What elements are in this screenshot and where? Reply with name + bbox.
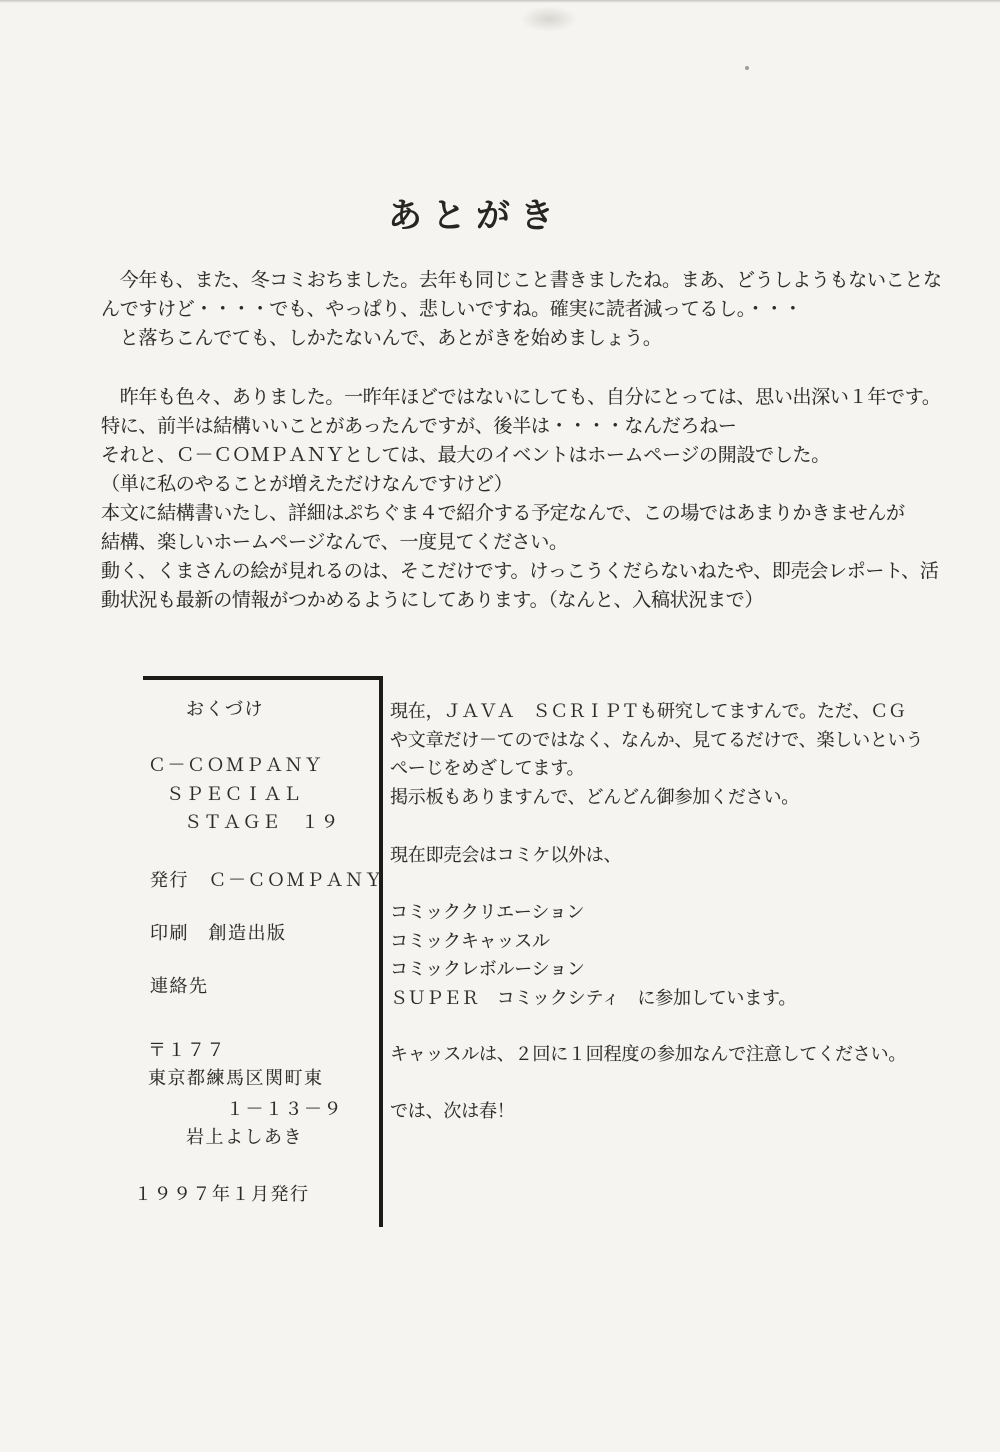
body-line: 結構、楽しいホームページなんで、一度見てください。 [101, 528, 977, 557]
address-line1: 東京都練馬区関町東 [148, 1066, 324, 1090]
colophon-border-top [143, 676, 383, 680]
castle-note: キャッスルは、２回に１回程度の参加なんで注意してください。 [390, 1040, 985, 1069]
note-line: や文章だけ－てのではなく、なんか、見てるだけで、楽しいという [390, 726, 985, 755]
series-title-line2: ＳＰＥＣＩＡＬ [166, 782, 303, 806]
note-line: では、次は春！ [390, 1097, 985, 1126]
body-line: 動く、くまさんの絵が見れるのは、そこだけです。けっこうくだらないねたや、即売会レ… [101, 557, 977, 586]
body-line: それと、Ｃ－ＣＯＭＰＡＮＹとしては、最大のイベントはホームページの開設でした。 [101, 441, 977, 470]
event-line: コミックキャッスル [390, 927, 985, 956]
colophon-divider [379, 676, 383, 1227]
note-line: 現在即売会はコミケ以外は、 [390, 841, 985, 870]
body-line: 今年も、また、冬コミおちました。去年も同じこと書きましたね。まあ、どうしようもな… [101, 266, 977, 295]
note-line: キャッスルは、２回に１回程度の参加なんで注意してください。 [390, 1040, 985, 1069]
body-line: 動状況も最新の情報がつかめるようにしてあります。（なんと、入稿状況まで） [101, 586, 977, 615]
body-line: 特に、前半は結構いいことがあったんですが、後半は・・・・なんだろねー [101, 412, 977, 441]
address-line2: １－１３－９ [226, 1097, 343, 1121]
note-line: ぺーじをめざしてます。 [390, 754, 985, 783]
publication-date: １９９７年１月発行 [134, 1182, 310, 1206]
series-title-line3: ＳＴＡＧＥ １９ [184, 810, 340, 834]
closing-line: では、次は春！ [390, 1097, 985, 1126]
body-line: んですけど・・・・でも、やっぱり、悲しいですね。確実に読者減ってるし。・・・ [101, 295, 977, 324]
contact-label: 連絡先 [150, 974, 209, 998]
scan-edge-artifact [0, 0, 1000, 3]
page-title: あとがき [388, 188, 564, 237]
body-line: （単に私のやることが増えただけなんですけど） [101, 470, 977, 499]
colophon-note-paragraph-2: 現在即売会はコミケ以外は、 [390, 841, 985, 870]
event-line: コミックレボルーション [390, 955, 985, 984]
body-line: 昨年も色々、ありました。一昨年ほどではないにしても、自分にとっては、思い出深い１… [101, 383, 977, 412]
event-line: コミッククリエーション [390, 898, 985, 927]
postal-code: 〒１７７ [148, 1038, 226, 1062]
event-line: ＳＵＰＥＲ コミックシティ に参加しています。 [390, 984, 985, 1013]
series-title-line1: Ｃ－ＣＯＭＰＡＮＹ [148, 753, 324, 777]
event-list: コミッククリエーション コミックキャッスル コミックレボルーション ＳＵＰＥＲ … [390, 898, 985, 1012]
note-line: 掲示板もありますんで、どんどん御参加ください。 [390, 783, 985, 812]
paragraph-2: 昨年も色々、ありました。一昨年ほどではないにしても、自分にとっては、思い出深い１… [101, 383, 977, 615]
body-line: 本文に結構書いたし、詳細はぷちぐま４で紹介する予定なんで、この場ではあまりかきま… [101, 499, 977, 528]
okuzuke-heading: おくづけ [186, 697, 264, 721]
afterword-body: 今年も、また、冬コミおちました。去年も同じこと書きましたね。まあ、どうしようもな… [101, 266, 977, 615]
body-line: と落ちこんでても、しかたないんで、あとがきを始めましょう。 [101, 324, 977, 353]
paragraph-1: 今年も、また、冬コミおちました。去年も同じこと書きましたね。まあ、どうしようもな… [101, 266, 977, 353]
note-line: 現在，ＪＡＶＡ ＳＣＲＩＰＴも研究してますんで。ただ、ＣＧ [390, 697, 985, 726]
publisher-line: 発行 Ｃ－ＣＯＭＰＡＮＹ [150, 868, 384, 892]
scan-smudge-artifact [520, 6, 578, 32]
printer-line: 印刷 創造出版 [150, 921, 287, 945]
scan-speck-artifact [745, 66, 749, 70]
colophon-note-paragraph-1: 現在，ＪＡＶＡ ＳＣＲＩＰＴも研究してますんで。ただ、ＣＧ や文章だけ－てのでは… [390, 697, 985, 811]
contact-name: 岩上よしあき [186, 1125, 303, 1149]
scanned-afterword-page: あとがき 今年も、また、冬コミおちました。去年も同じこと書きましたね。まあ、どう… [0, 0, 1000, 1452]
